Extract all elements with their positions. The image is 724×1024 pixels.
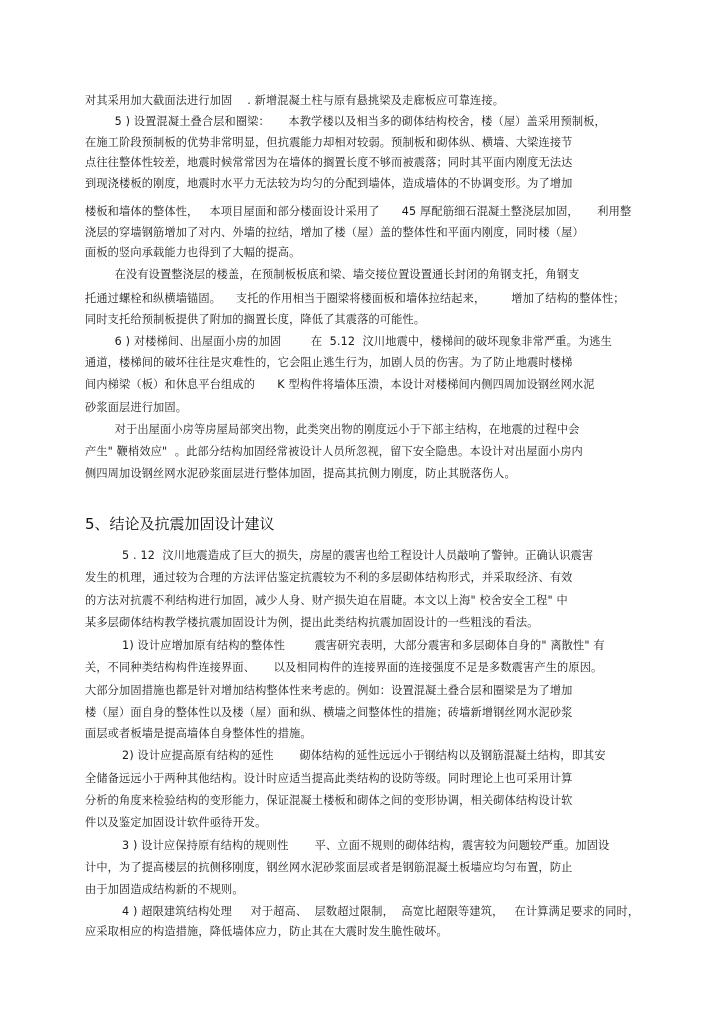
paragraph-line: 1) 设计应增加原有结构的整体性 震害研究表明，大部分震害和多层砌体自身的" 离… [85,639,605,653]
paragraph-line: 5 . 12 汶川地震造成了巨大的损失，房屋的震害也给工程设计人员敲响了警钟。正… [85,549,593,563]
paragraph-line: 5 ) 设置混凝土叠合层和圈梁： 本教学楼以及相当多的砌体结构校舍，楼（屋）盖采… [85,115,606,129]
paragraph-line: 件以及鉴定加固设计软件亟待开发。 [85,816,266,830]
paragraph-line: 的方法对抗震不利结构进行加固，减少人身、财产损失迫在眉睫。本文以上海" 校舍安全… [85,594,568,608]
paragraph-line: 2) 设计应提高原有结构的延性 砌体结构的延性远远小于钢结构以及钢筋混凝土结构，… [85,749,606,763]
paragraph-line: 大部分加固措施也都是针对增加结构整体性来考虑的。例如：设置混凝土叠合层和圈梁是为… [85,684,573,698]
paragraph-line: 计中，为了提高楼层的抗侧移刚度，钢丝网水泥砂浆面层或者是钢筋混凝土板墙应均匀布置… [85,861,573,875]
paragraph-line: 3 ) 设计应保持原有结构的规则性 平、立面不规则的砌体结构，震害较为问题较严重… [85,839,609,853]
paragraph-line: 楼板和墙体的整体性， 本项目屋面和部分楼面设计采用了 45 厚配筋细石混凝土整浇… [85,205,631,219]
paragraph-line: 点往往整体性较差，地震时候常常因为在墙体的搁置长度不够而被震落；同时其平面内刚度… [85,156,573,170]
paragraph-line: 全储备远远小于两种其他结构。设计时应适当提高此类结构的设防等级。同时理论上也可采… [85,772,573,786]
paragraph-line: 某多层砌体结构教学楼抗震加固设计为例，提出此类结构抗震加固设计的一些粗浅的看法。 [85,616,539,630]
paragraph-line: 在施工阶段预制板的优势非常明显，但抗震能力却相对较弱。预制板和砌体纵、横墙、大梁… [85,136,573,150]
paragraph-line: 面层或者板墙是提高墙体自身整体性的措施。 [85,727,312,741]
paragraph-line: 发生的机理，通过较为合理的方法评估鉴定抗震较为不利的多层砌体结构形式，并采取经济… [85,571,573,585]
paragraph-line: 关，不同种类结构构件连接界面、 以及相同构件的连接界面的连接强度不足是多数震害产… [85,661,602,675]
paragraph-line: 浇层的穿墙钢筋增加了对内、外墙的拉结，增加了楼（屋）盖的整体性和平面内刚度，同时… [85,226,584,240]
paragraph-line: 对其采用加大截面法进行加固 . 新增混凝土柱与原有悬挑梁及走廊板应可靠连接。 [85,94,504,108]
paragraph-line: 在没有设置整浇层的楼盖，在预制板板底和梁、墙交接位置设置通长封闭的角钢支托，角钢… [85,268,580,282]
paragraph-line: 应采取相应的构造措施，降低墙体应力，防止其在大震时发生脆性破坏。 [85,925,448,939]
paragraph-line: 通道，楼梯间的破坏往往是灾难性的，它会阻止逃生行为，加剧人员的伤害。为了防止地震… [85,356,573,370]
paragraph-line: 侧四周加设钢丝网水泥砂浆面层进行整体加固，提高其抗侧力刚度，防止其脱落伤人。 [85,467,516,481]
paragraph-line: 砂浆面层进行加固。 [85,401,187,415]
paragraph-line: 由于加固造成结构新的不规则。 [85,883,244,897]
paragraph-line: 产生" 鞭梢效应" 。此部分结构加固经常被设计人员所忽视，留下安全隐患。本设计对… [85,445,583,459]
paragraph-line: 托通过螺栓和纵横墙锚固。 支托的作用相当于圈梁将楼面板和墙体拉结起来， 增加了结… [85,292,625,306]
paragraph-line: 面板的竖向承载能力也得到了大幅的提高。 [85,246,300,260]
paragraph-line: 分析的角度来检验结构的变形能力，保证混凝土楼板和砌体之间的变形协调，相关砌体结构… [85,794,573,808]
paragraph-line: 6 ) 对楼梯间、出屋面小房的加固 在 5.12 汶川地震中，楼梯间的破坏现象非… [85,335,612,349]
paragraph-line: 4 ) 超限建筑结构处理 对于超高、 层数超过限制， 高宽比超限等建筑， 在计算… [85,905,639,919]
paragraph-line: 对于出屋面小房等房屋局部突出物，此类突出物的刚度远小于下部主结构，在地震的过程中… [85,423,580,437]
section-heading: 5、结论及抗震加固设计建议 [85,515,275,533]
paragraph-line: 同时支托给预制板提供了附加的搁置长度，降低了其震落的可能性。 [85,313,425,327]
paragraph-line: 间内梯梁（板）和休息平台组成的 K 型构件将墙体压溃，本设计对楼梯间内侧四周加设… [85,378,595,392]
paragraph-line: 楼（屋）面自身的整体性以及楼（屋）面和纵、横墙之间整体性的措施；砖墙新增钢丝网水… [85,706,573,720]
paragraph-line: 到现浇楼板的刚度，地震时水平力无法较为均匀的分配到墙体，造成墙体的不协调变形。为… [85,177,573,191]
